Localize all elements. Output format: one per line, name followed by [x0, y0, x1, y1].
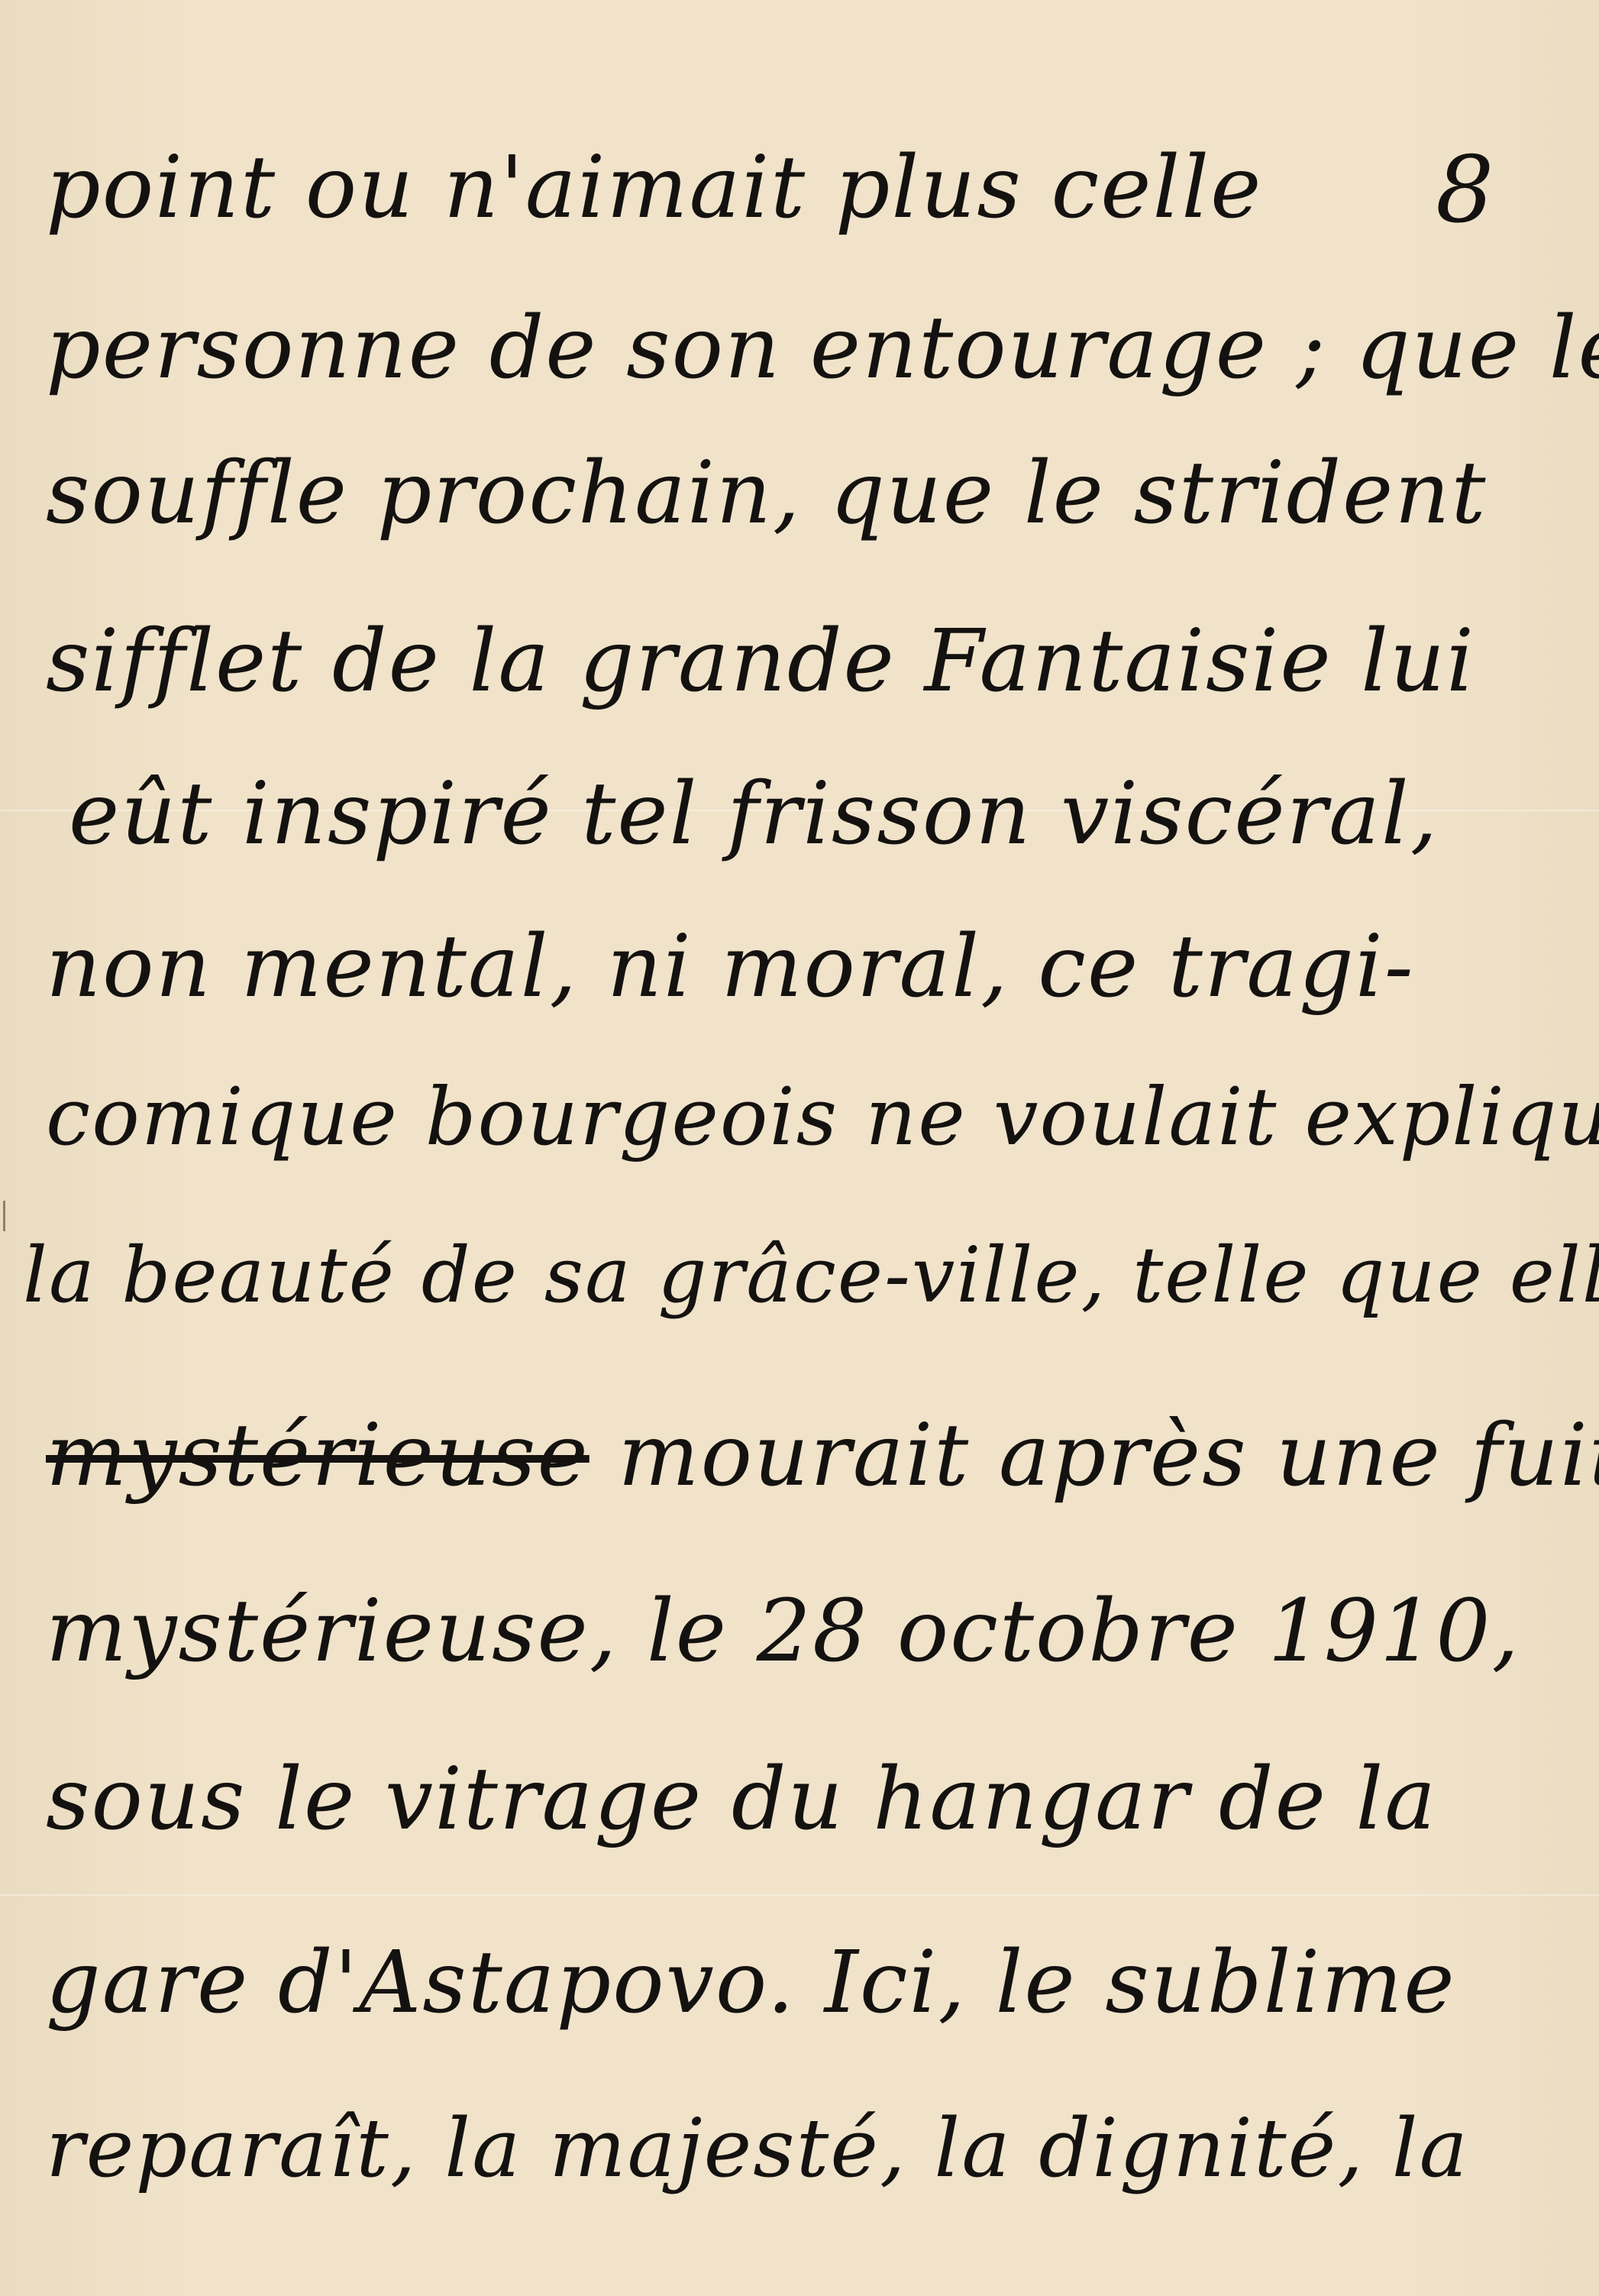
manuscript-page: 8 point ou n'aimait plus celle personne …: [0, 0, 1599, 2296]
manuscript-line-9: mystérieuse mourait après une fuite: [46, 1413, 1599, 1499]
manuscript-line-8: la beauté de sa grâce-ville, telle que e…: [23, 1237, 1599, 1314]
manuscript-line-2: personne de son entourage ; que le: [46, 306, 1599, 391]
paper-fold-line: [0, 1894, 1599, 1896]
manuscript-line-11: sous le vitrage du hangar de la: [46, 1757, 1437, 1842]
struck-out-word: mystérieuse: [46, 1406, 590, 1505]
manuscript-line-6: non mental, ni moral, ce tragi-: [46, 924, 1415, 1010]
page-number: 8: [1436, 137, 1494, 244]
manuscript-line-13: reparaît, la majesté, la dignité, la: [46, 2108, 1469, 2189]
line-9-text: mourait après une fuite: [618, 1406, 1599, 1505]
manuscript-line-12: gare d'Astapovo. Ici, le sublime: [46, 1940, 1456, 2026]
manuscript-line-10: mystérieuse, le 28 octobre 1910,: [46, 1589, 1520, 1674]
manuscript-line-4: sifflet de la grande Fantaisie lui: [46, 619, 1475, 704]
manuscript-line-3: souffle prochain, que le strident: [46, 451, 1487, 536]
margin-mark: [3, 1201, 11, 1231]
manuscript-line-1: point ou n'aimait plus celle: [46, 145, 1262, 231]
manuscript-line-7: comique bourgeois ne voulait expliquer: [46, 1077, 1599, 1156]
manuscript-line-5: eût inspiré tel frisson viscéral,: [69, 771, 1439, 857]
